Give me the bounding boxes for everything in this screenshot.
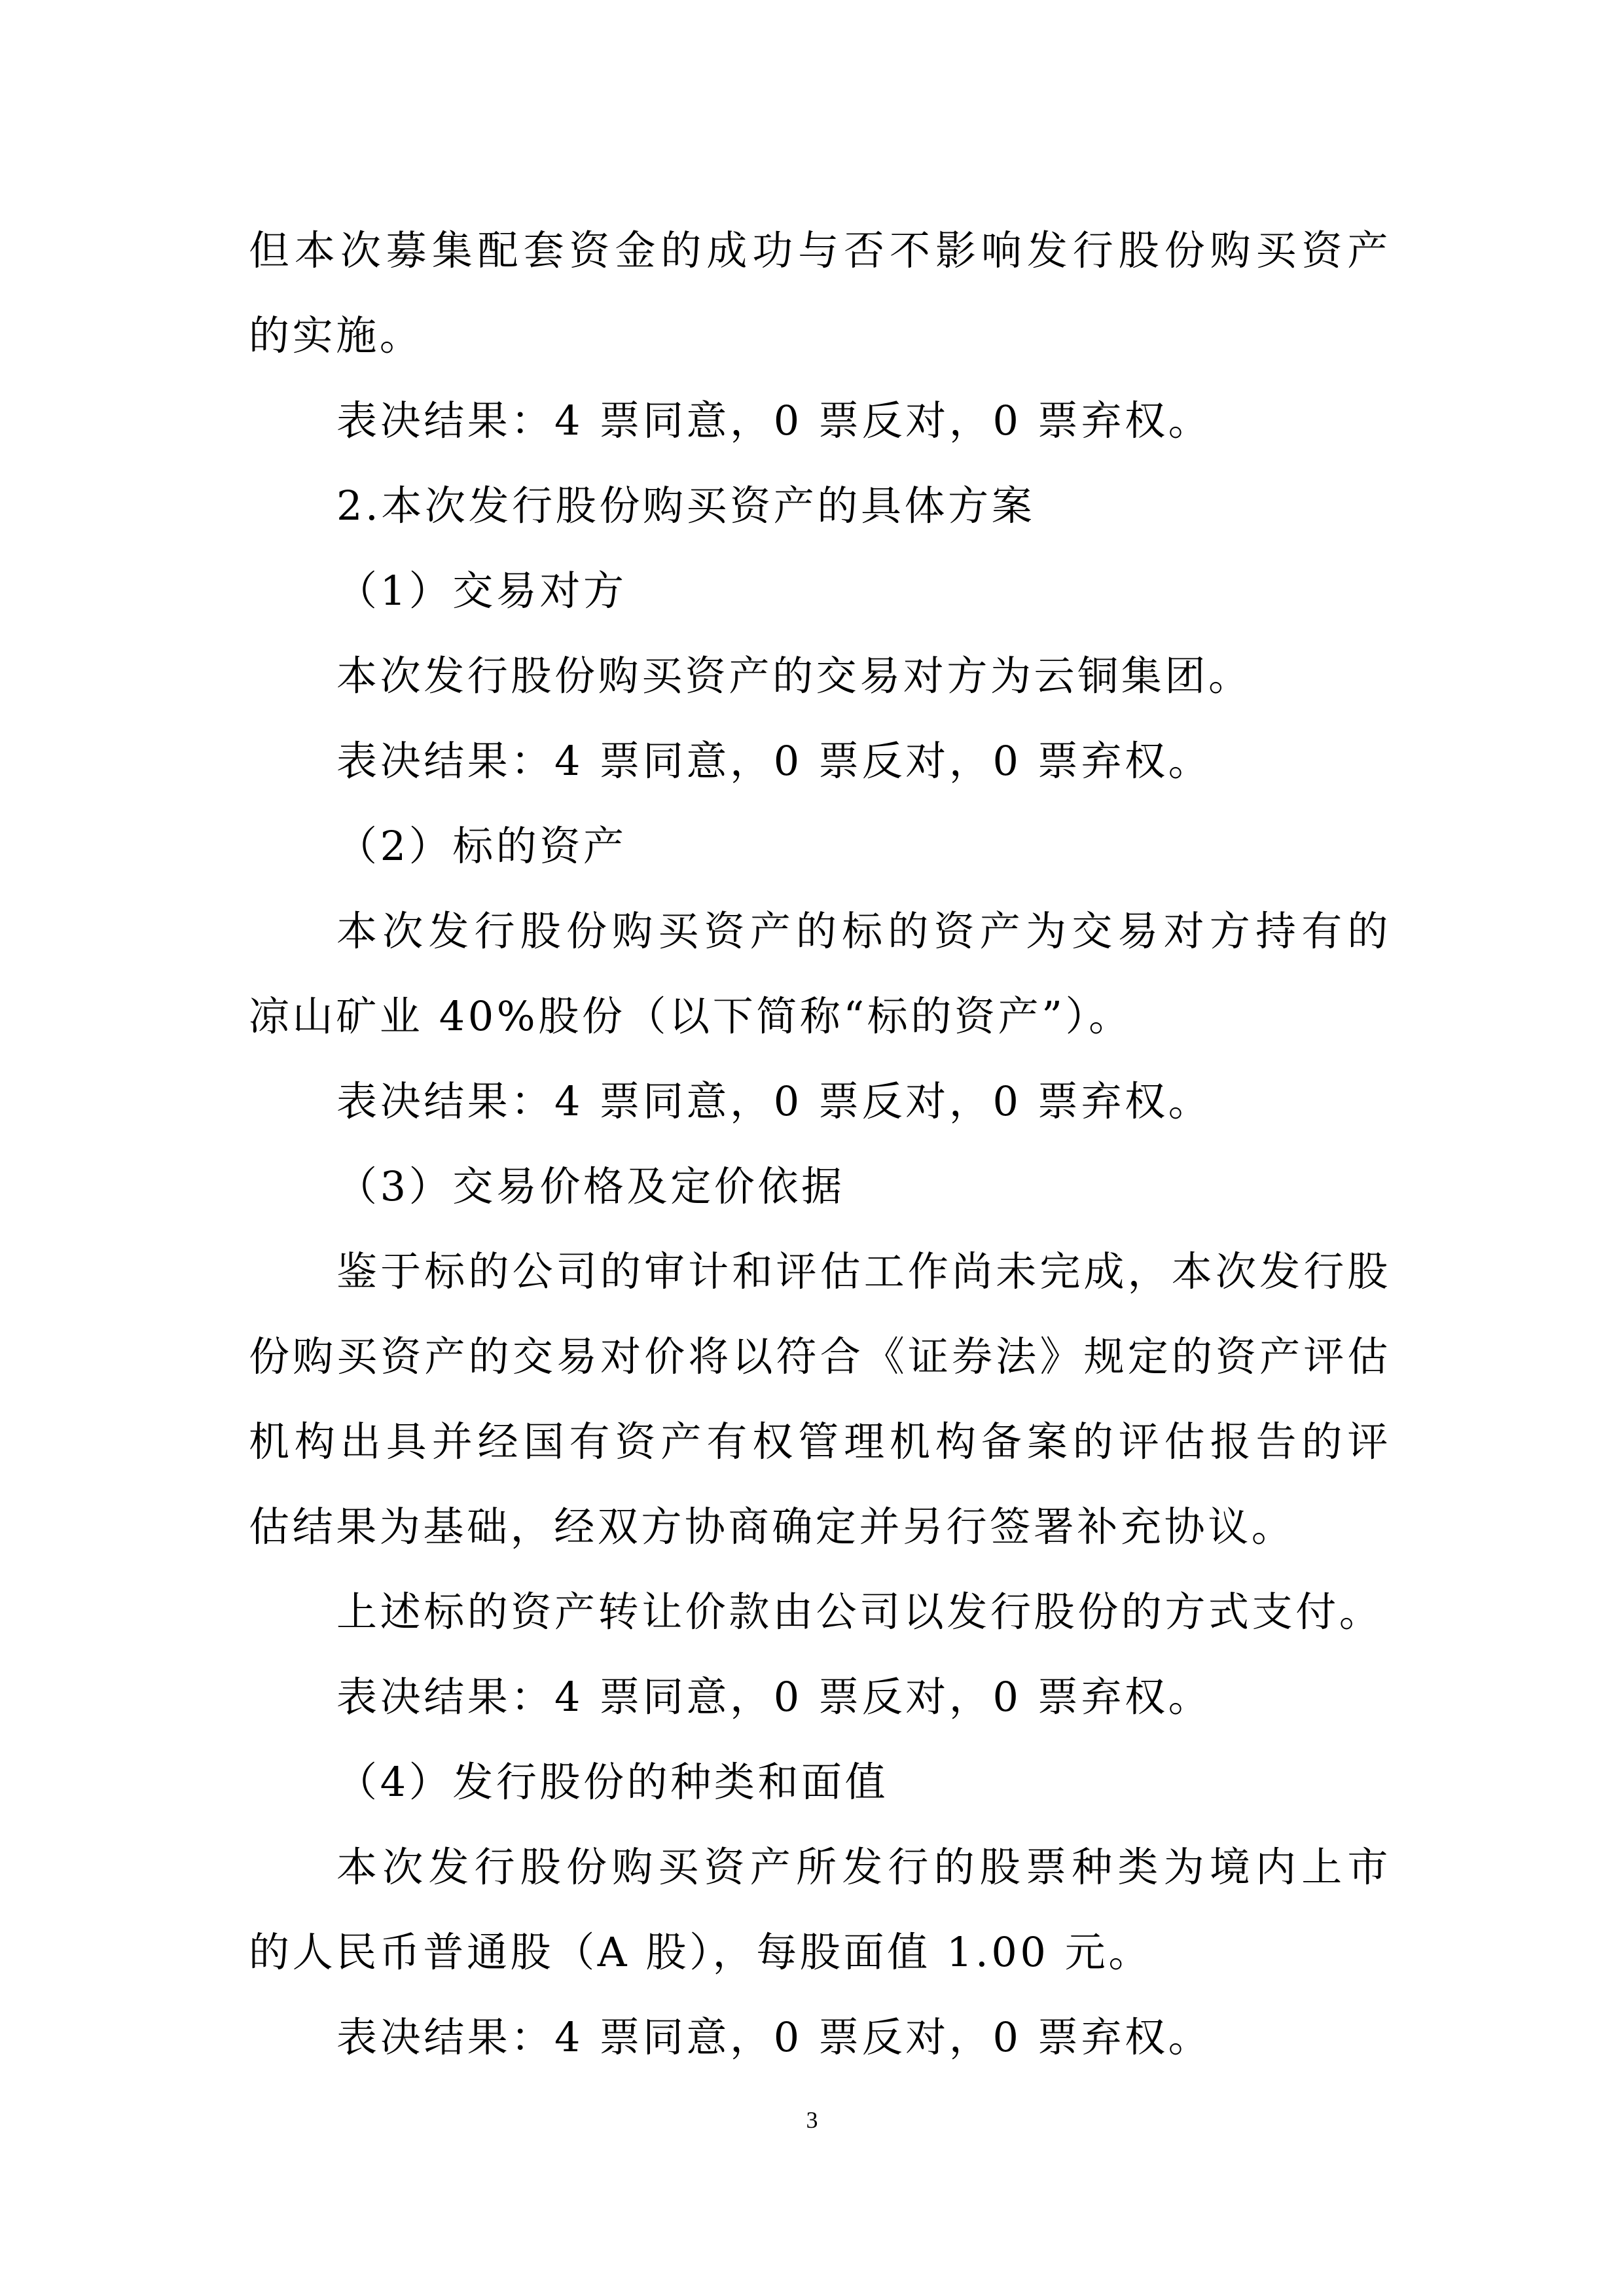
paragraph-line: 本次发行股份购买资产所发行的股票种类为境内上市: [249, 1825, 1391, 1910]
paragraph-line: 本次发行股份购买资产的标的资产为交易对方持有的: [249, 889, 1391, 974]
subsection-heading: （2）标的资产: [249, 804, 1391, 889]
page-number: 3: [0, 2106, 1624, 2134]
paragraph-line: 上述标的资产转让价款由公司以发行股份的方式支付。: [249, 1570, 1391, 1655]
subsection-heading: （4）发行股份的种类和面值: [249, 1740, 1391, 1825]
vote-result-line: 表决结果：4 票同意，0 票反对，0 票弃权。: [249, 378, 1391, 463]
subsection-heading: （1）交易对方: [249, 548, 1391, 634]
paragraph-line: 估结果为基础，经双方协商确定并另行签署补充协议。: [249, 1484, 1391, 1570]
paragraph-line: 本次发行股份购买资产的交易对方为云铜集团。: [249, 634, 1391, 719]
paragraph-line: 但本次募集配套资金的成功与否不影响发行股份购买资产: [249, 208, 1391, 293]
paragraph-line: 机构出具并经国有资产有权管理机构备案的评估报告的评: [249, 1399, 1391, 1484]
vote-result-line: 表决结果：4 票同意，0 票反对，0 票弃权。: [249, 1059, 1391, 1144]
subsection-heading: （3）交易价格及定价依据: [249, 1144, 1391, 1229]
vote-result-line: 表决结果：4 票同意，0 票反对，0 票弃权。: [249, 1655, 1391, 1740]
section-heading: 2.本次发行股份购买资产的具体方案: [249, 463, 1391, 548]
paragraph-line: 的人民币普通股（A 股），每股面值 1.00 元。: [249, 1910, 1391, 1995]
paragraph-line: 凉山矿业 40%股份（以下简称“标的资产”）。: [249, 974, 1391, 1059]
vote-result-line: 表决结果：4 票同意，0 票反对，0 票弃权。: [249, 1995, 1391, 2080]
paragraph-line: 的实施。: [249, 293, 1391, 378]
vote-result-line: 表决结果：4 票同意，0 票反对，0 票弃权。: [249, 719, 1391, 804]
paragraph-line: 鉴于标的公司的审计和评估工作尚未完成，本次发行股: [249, 1229, 1391, 1314]
paragraph-line: 份购买资产的交易对价将以符合《证券法》规定的资产评估: [249, 1314, 1391, 1399]
document-body: 但本次募集配套资金的成功与否不影响发行股份购买资产 的实施。 表决结果：4 票同…: [249, 208, 1391, 2080]
